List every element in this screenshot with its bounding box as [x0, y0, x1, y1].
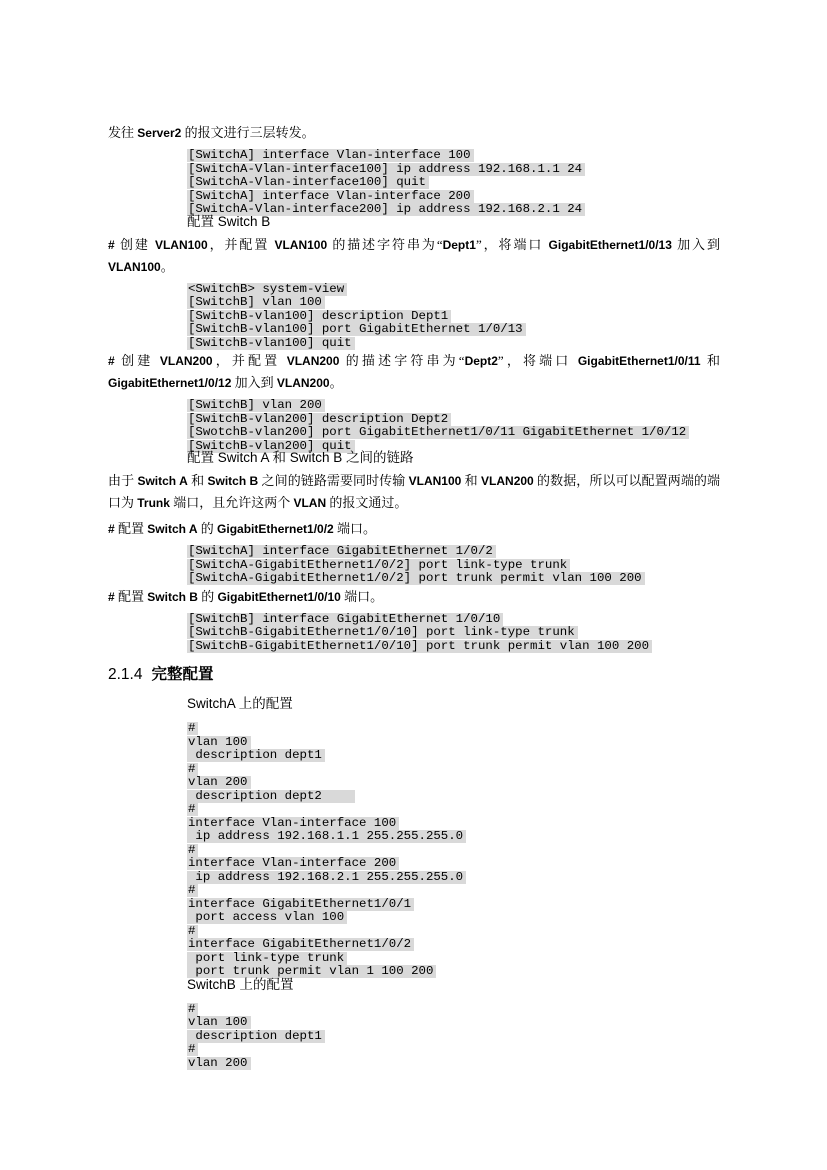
body-text: 的报文进行三层转发。	[181, 125, 314, 140]
code-text: description dept1	[187, 1030, 325, 1043]
code-text: [SwitchB-GigabitEthernet1/0/10] port tru…	[187, 640, 652, 653]
code-line: [SwitchB] vlan 100	[187, 292, 720, 306]
body-text: 由于	[108, 473, 137, 488]
code-line: interface GigabitEthernet1/0/2	[187, 934, 720, 948]
code-block-switcha-trunk: [SwitchA] interface GigabitEthernet 1/0/…	[108, 541, 720, 582]
section-title: 完整配置	[151, 666, 213, 683]
body-text: 加入到	[231, 375, 277, 390]
code-line: [SwitchB-GigabitEthernet1/0/10] port lin…	[187, 622, 720, 636]
keyword-text: VLAN100	[274, 238, 327, 252]
body-text: 和	[701, 353, 724, 368]
code-line: [SwitchA-Vlan-interface100] ip address 1…	[187, 159, 720, 173]
body-text: 到	[707, 237, 723, 252]
keyword-text: Switch B	[147, 590, 198, 604]
keyword-text: Switch B	[207, 474, 258, 488]
code-line: interface GigabitEthernet1/0/1	[187, 894, 720, 908]
keyword-text: VLAN200	[287, 354, 340, 368]
paragraph-create-vlan100: # 创建 VLAN100，并配置 VLAN100 的描述字符串为“Dept1”，…	[108, 234, 720, 278]
code-line: description dept1	[187, 1026, 720, 1040]
code-line: [SwitchB-vlan100] port GigabitEthernet 1…	[187, 319, 720, 333]
keyword-text: VLAN	[293, 496, 326, 510]
body-text: 发往	[108, 125, 137, 140]
keyword-text: VLAN200	[277, 376, 330, 390]
code-block-switchb-full-config: #vlan 100 description dept1#vlan 200	[108, 999, 720, 1067]
code-line: [SwitchA] interface Vlan-interface 200	[187, 186, 720, 200]
body-text: 和	[188, 473, 208, 488]
code-block-switchb-vlan100: <SwitchB> system-view[SwitchB] vlan 100[…	[108, 279, 720, 347]
paragraph-config-switchb-port: # 配置 Switch B 的 GigabitEthernet1/0/10 端口…	[108, 586, 720, 608]
code-text: [SwitchA-GigabitEthernet1/0/2] port trun…	[187, 572, 645, 585]
code-block-switcha-vlan-interfaces: [SwitchA] interface Vlan-interface 100[S…	[108, 145, 720, 213]
code-line: [SwitchB-GigabitEthernet1/0/10] port tru…	[187, 636, 720, 650]
body-text: 配置	[118, 521, 147, 536]
caption-switcha-config: SwitchA 上的配置	[108, 696, 720, 712]
code-line: <SwitchB> system-view	[187, 279, 720, 293]
body-text: 的描述字符串为“	[339, 353, 464, 368]
code-line: [SwitchA-GigabitEthernet1/0/2] port link…	[187, 555, 720, 569]
code-line: ip address 192.168.1.1 255.255.255.0	[187, 826, 720, 840]
keyword-text: Switch A	[147, 522, 197, 536]
body-text: 端口。	[334, 521, 376, 536]
body-text: 创建	[120, 237, 155, 252]
body-text: ，并配置	[213, 353, 287, 368]
body-text: 配置	[118, 589, 147, 604]
code-line: port trunk permit vlan 1 100 200	[187, 961, 720, 975]
keyword-text: Trunk	[137, 496, 170, 510]
code-line: [SwitchB] vlan 200	[187, 395, 720, 409]
keyword-text: Dept2	[465, 354, 498, 368]
body-text: 的	[198, 521, 218, 536]
keyword-text: GigabitEthernet1/0/11	[578, 354, 701, 368]
keyword-text: VLAN100	[409, 474, 462, 488]
code-block-switcha-full-config: #vlan 100 description dept1#vlan 200 des…	[108, 718, 720, 975]
code-text: port access vlan 100	[187, 911, 347, 924]
keyword-text: #	[108, 522, 118, 536]
body-text: ”，将端口	[476, 237, 549, 252]
code-line: vlan 200	[187, 772, 720, 786]
code-line: interface Vlan-interface 100	[187, 813, 720, 827]
keyword-text: #	[108, 238, 120, 252]
paragraph-config-switcha-port: # 配置 Switch A 的 GigabitEthernet1/0/2 端口。	[108, 518, 720, 540]
keyword-text: #	[108, 590, 118, 604]
keyword-text: GigabitEthernet1/0/13	[549, 238, 672, 252]
code-line: [SwitchB] interface GigabitEthernet 1/0/…	[187, 609, 720, 623]
code-text: [SwitchB-vlan100] quit	[187, 337, 355, 350]
body-text: 加入	[672, 237, 707, 252]
code-text: description dept2	[187, 790, 355, 803]
code-line: vlan 100	[187, 732, 720, 746]
body-text: 。	[161, 259, 174, 274]
code-line: port link-type trunk	[187, 948, 720, 962]
body-text: 端口，且允许这两个	[170, 495, 294, 510]
keyword-text: VLAN100	[108, 260, 161, 274]
body-text: 的描述字符串为“	[327, 237, 442, 252]
caption-config-link: 配置 Switch A 和 Switch B 之间的链路	[108, 450, 720, 466]
body-text: 之间的链路需要同时传输	[258, 473, 408, 488]
code-line: [SwitchA] interface GigabitEthernet 1/0/…	[187, 541, 720, 555]
paragraph-create-vlan200: # 创建 VLAN200，并配置 VLAN200 的描述字符串为“Dept2”，…	[108, 350, 720, 394]
document-page: 发往 Server2 的报文进行三层转发。 [SwitchA] interfac…	[0, 0, 827, 1170]
code-line: description dept1	[187, 745, 720, 759]
body-text: 的	[198, 589, 218, 604]
code-line: interface Vlan-interface 200	[187, 853, 720, 867]
code-line: port access vlan 100	[187, 907, 720, 921]
body-text: 创建	[121, 353, 160, 368]
keyword-text: VLAN200	[481, 474, 534, 488]
code-line: [SwitchA-GigabitEthernet1/0/2] port trun…	[187, 568, 720, 582]
body-text: 的报文通过。	[326, 495, 407, 510]
paragraph-server2-forwarding: 发往 Server2 的报文进行三层转发。	[108, 122, 720, 144]
code-text: ip address 192.168.2.1 255.255.255.0	[187, 871, 466, 884]
code-block-switchb-trunk: [SwitchB] interface GigabitEthernet 1/0/…	[108, 609, 720, 650]
body-text: ，并配置	[208, 237, 275, 252]
caption-switchb-config: SwitchB 上的配置	[108, 977, 720, 993]
keyword-text: VLAN200	[160, 354, 213, 368]
paragraph-trunk-intro: 由于 Switch A 和 Switch B 之间的链路需要同时传输 VLAN1…	[108, 470, 720, 514]
section-heading: 2.1.4完整配置	[108, 665, 720, 684]
code-block-switchb-vlan200: [SwitchB] vlan 200[SwitchB-vlan200] desc…	[108, 395, 720, 449]
code-text: vlan 200	[187, 1057, 251, 1070]
code-line: ip address 192.168.2.1 255.255.255.0	[187, 867, 720, 881]
keyword-text: GigabitEthernet1/0/12	[108, 376, 231, 390]
keyword-text: Server2	[137, 126, 181, 140]
keyword-text: Dept1	[443, 238, 476, 252]
keyword-text: GigabitEthernet1/0/2	[217, 522, 334, 536]
code-line: description dept2	[187, 786, 720, 800]
code-line: [SwitchA-Vlan-interface200] ip address 1…	[187, 199, 720, 213]
code-line: [SwitchA] interface Vlan-interface 100	[187, 145, 720, 159]
body-text: 和	[461, 473, 481, 488]
keyword-text: VLAN100	[155, 238, 208, 252]
code-line: #	[187, 718, 720, 732]
body-text: 。	[330, 375, 343, 390]
code-line: vlan 100	[187, 1012, 720, 1026]
body-text: 端口。	[341, 589, 383, 604]
code-line: [SwitchB-vlan100] description Dept1	[187, 306, 720, 320]
code-text: description dept1	[187, 749, 325, 762]
keyword-text: Switch A	[137, 474, 187, 488]
keyword-text: #	[108, 354, 121, 368]
code-line: [SwitchB-vlan200] description Dept2	[187, 409, 720, 423]
code-line: vlan 200	[187, 1053, 720, 1067]
code-text: ip address 192.168.1.1 255.255.255.0	[187, 830, 466, 843]
code-line: [SwotchB-vlan200] port GigabitEthernet1/…	[187, 422, 720, 436]
code-line: #	[187, 999, 720, 1013]
section-number: 2.1.4	[108, 666, 142, 683]
keyword-text: GigabitEthernet1/0/10	[217, 590, 340, 604]
body-text: ”，将端口	[498, 353, 578, 368]
document-content: 发往 Server2 的报文进行三层转发。 [SwitchA] interfac…	[108, 122, 720, 1066]
